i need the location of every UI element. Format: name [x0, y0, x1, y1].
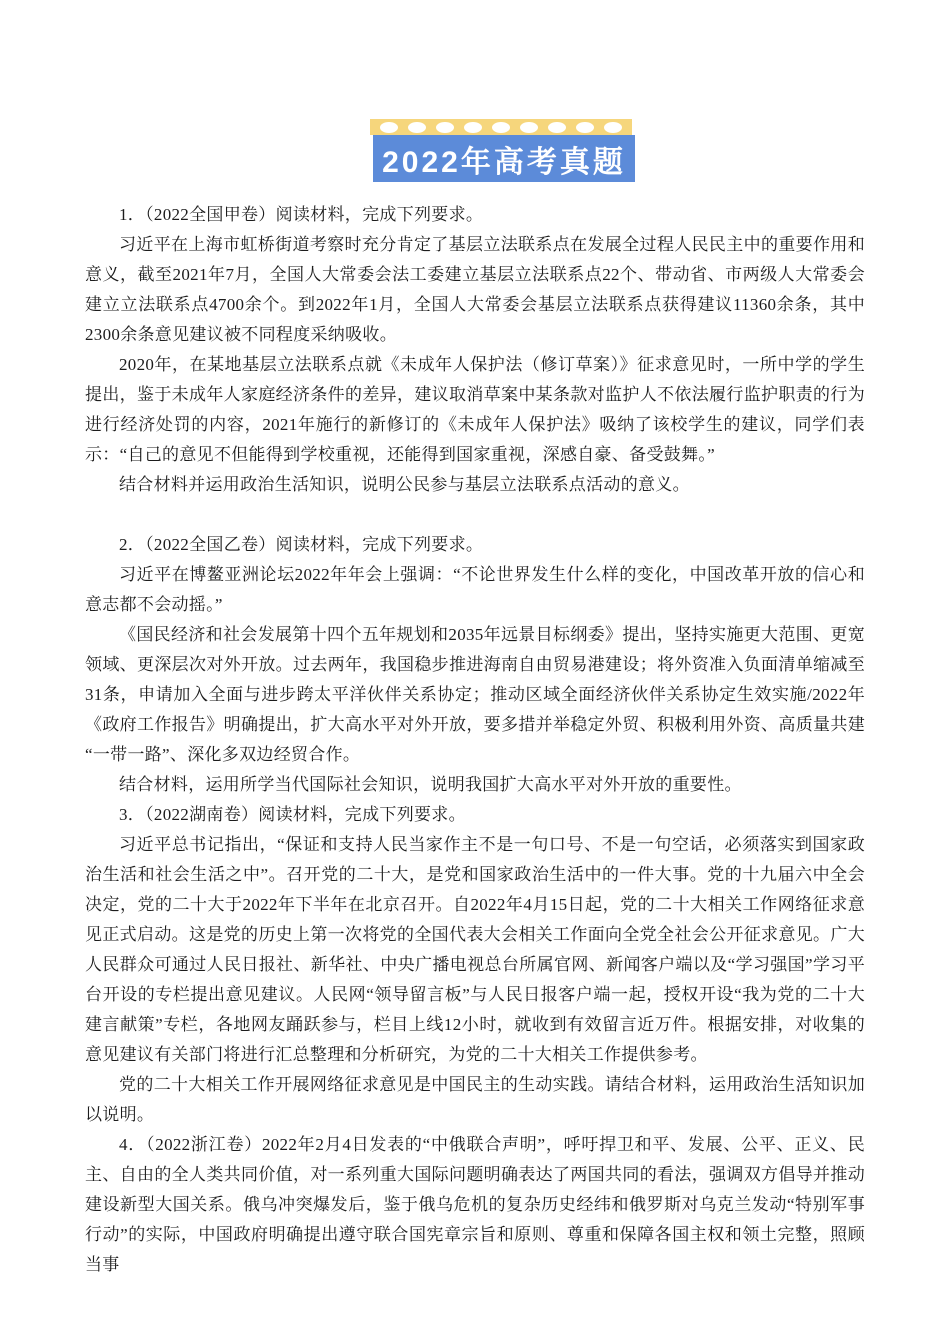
dot-icon — [576, 122, 594, 133]
question-4: 4．（2022浙江卷）2022年2月4日发表的“中俄联合声明”，呼吁捍卫和平、发… — [85, 1130, 865, 1280]
banner-title: 2022年高考真题 — [382, 137, 626, 181]
question-1-paragraph-3: 2020年，在某地基层立法联系点就《未成年人保护法（修订草案）》征求意见时，一所… — [85, 350, 865, 470]
question-1: 1．（2022全国甲卷）阅读材料，完成下列要求。习近平在上海市虹桥街道考察时充分… — [85, 200, 865, 500]
dot-icon — [408, 122, 426, 133]
dot-icon — [492, 122, 510, 133]
question-2-paragraph-3: 《国民经济和社会发展第十四个五年规划和2035年远景目标纲委》提出，坚持实施更大… — [85, 620, 865, 770]
banner-dots-strip — [370, 119, 632, 135]
dot-icon — [436, 122, 454, 133]
question-1-paragraph-2: 习近平在上海市虹桥街道考察时充分肯定了基层立法联系点在发展全过程人民民主中的重要… — [85, 230, 865, 350]
question-2-paragraph-4: 结合材料，运用所学当代国际社会知识，说明我国扩大高水平对外开放的重要性。 — [85, 770, 865, 800]
question-2: 2．（2022全国乙卷）阅读材料，完成下列要求。习近平在博鳌亚洲论坛2022年年… — [85, 530, 865, 800]
dot-icon — [548, 122, 566, 133]
question-3-paragraph-3: 党的二十大相关工作开展网络征求意见是中国民主的生动实践。请结合材料，运用政治生活… — [85, 1070, 865, 1130]
dot-icon — [464, 122, 482, 133]
document-page: 2022年高考真题 1．（2022全国甲卷）阅读材料，完成下列要求。习近平在上海… — [0, 0, 950, 1344]
question-4-paragraph-1: 4．（2022浙江卷）2022年2月4日发表的“中俄联合声明”，呼吁捍卫和平、发… — [85, 1130, 865, 1280]
dot-icon — [604, 122, 622, 133]
dot-icon — [520, 122, 538, 133]
dot-icon — [380, 122, 398, 133]
question-3-paragraph-1: 3．（2022湖南卷）阅读材料，完成下列要求。 — [85, 800, 865, 830]
question-1-paragraph-1: 1．（2022全国甲卷）阅读材料，完成下列要求。 — [85, 200, 865, 230]
exam-year-banner: 2022年高考真题 — [373, 119, 635, 182]
questions-list: 1．（2022全国甲卷）阅读材料，完成下列要求。习近平在上海市虹桥街道考察时充分… — [85, 200, 865, 1280]
question-1-paragraph-4: 结合材料并运用政治生活知识，说明公民参与基层立法联系点活动的意义。 — [85, 470, 865, 500]
question-2-paragraph-2: 习近平在博鳌亚洲论坛2022年年会上强调：“不论世界发生什么样的变化，中国改革开… — [85, 560, 865, 620]
banner-title-panel: 2022年高考真题 — [373, 135, 635, 182]
question-3-paragraph-2: 习近平总书记指出，“保证和支持人民当家作主不是一句口号、不是一句空话，必须落实到… — [85, 830, 865, 1070]
question-3: 3．（2022湖南卷）阅读材料，完成下列要求。习近平总书记指出，“保证和支持人民… — [85, 800, 865, 1130]
question-2-paragraph-1: 2．（2022全国乙卷）阅读材料，完成下列要求。 — [85, 530, 865, 560]
